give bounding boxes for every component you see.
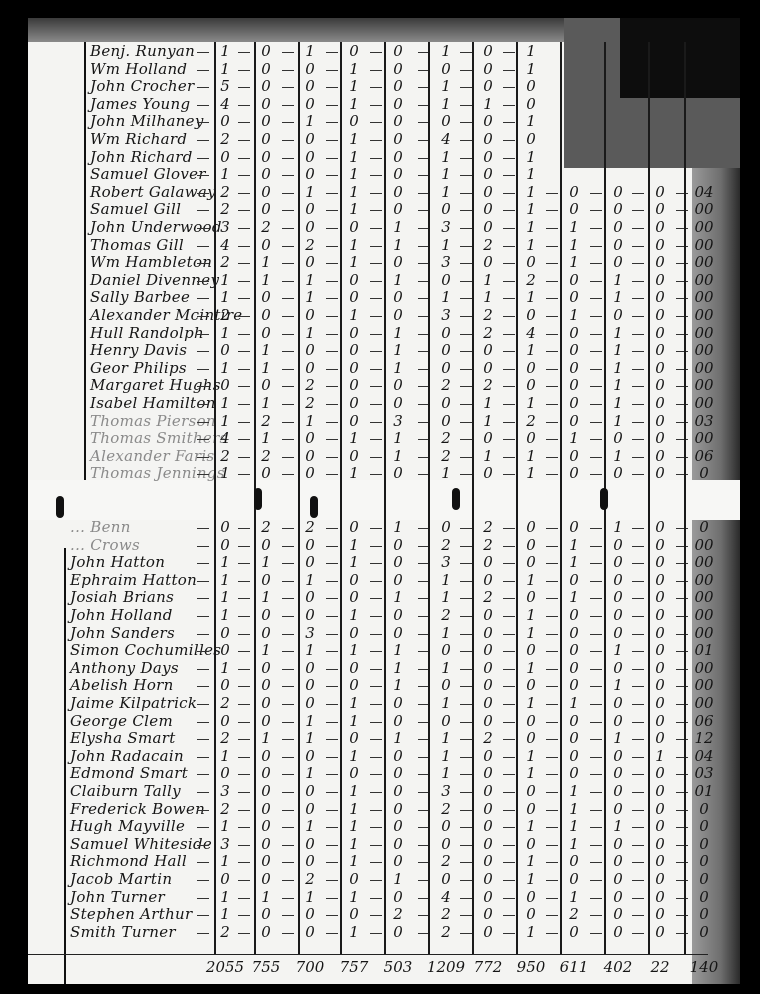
tally-cell: 00 (689, 218, 719, 236)
tally-cell: 1 (516, 817, 546, 835)
dash-mark (197, 827, 209, 828)
column-rule (214, 42, 216, 954)
tally-cell: 2 (516, 412, 546, 430)
tally-cell: 1 (516, 288, 546, 306)
dash-mark (503, 774, 515, 775)
dash-mark (238, 774, 250, 775)
dash-mark (546, 616, 558, 617)
tally-cell: 06 (689, 712, 719, 730)
tally-cell: 1 (339, 852, 369, 870)
dash-mark (590, 933, 602, 934)
dash-mark (590, 281, 602, 282)
dash-mark (238, 263, 250, 264)
dash-mark (460, 669, 472, 670)
tally-cell: 0 (603, 464, 633, 482)
tally-cell: 0 (473, 694, 503, 712)
dash-mark (676, 281, 688, 282)
dash-mark (503, 862, 515, 863)
dash-mark (197, 598, 209, 599)
dash-mark (370, 598, 382, 599)
dash-mark (503, 546, 515, 547)
dash-mark (370, 827, 382, 828)
tally-cell: 1 (516, 148, 546, 166)
tally-cell: 0 (603, 536, 633, 554)
tally-cell: 1 (431, 571, 461, 589)
dash-mark (282, 774, 294, 775)
dash-mark (197, 933, 209, 934)
tally-cell: 3 (431, 782, 461, 800)
tally-cell: 00 (689, 376, 719, 394)
household-name: Robert Galaway (90, 183, 216, 201)
dash-mark (282, 474, 294, 475)
dash-mark (590, 898, 602, 899)
dash-mark (238, 316, 250, 317)
dash-mark (460, 122, 472, 123)
tally-cell: 0 (559, 870, 589, 888)
dash-mark (238, 669, 250, 670)
tally-cell: 1 (603, 324, 633, 342)
tally-cell: 1 (516, 571, 546, 589)
tally-cell: 0 (473, 870, 503, 888)
tally-cell: 0 (559, 659, 589, 677)
tally-cell: 0 (383, 923, 413, 941)
tally-cell: 0 (559, 324, 589, 342)
household-name: Sally Barbee (90, 288, 190, 306)
tally-cell: 0 (473, 165, 503, 183)
tally-cell: 0 (473, 835, 503, 853)
tally-cell: 1 (559, 694, 589, 712)
dash-mark (282, 122, 294, 123)
tally-cell: 1 (516, 394, 546, 412)
tally-cell: 1 (383, 870, 413, 888)
dash-mark (590, 757, 602, 758)
tally-cell: 1 (431, 165, 461, 183)
dash-mark (282, 757, 294, 758)
tally-cell: 12 (689, 729, 719, 747)
dash-mark (503, 563, 515, 564)
dash-mark (370, 52, 382, 53)
tally-cell: 1 (339, 553, 369, 571)
dash-mark (238, 845, 250, 846)
dash-mark (326, 739, 338, 740)
dash-mark (238, 386, 250, 387)
dash-mark (197, 915, 209, 916)
tally-cell: 0 (473, 923, 503, 941)
dash-mark (326, 757, 338, 758)
dash-mark (460, 880, 472, 881)
dash-mark (197, 52, 209, 53)
tally-cell: 1 (516, 624, 546, 642)
dash-mark (370, 140, 382, 141)
dash-mark (503, 933, 515, 934)
dash-mark (326, 281, 338, 282)
dash-mark (546, 334, 558, 335)
tally-cell: 2 (383, 905, 413, 923)
tally-cell: 0 (516, 782, 546, 800)
tally-cell: 1 (383, 359, 413, 377)
dash-mark (370, 563, 382, 564)
tally-cell: 0 (516, 553, 546, 571)
tally-cell: 1 (431, 694, 461, 712)
dash-mark (282, 898, 294, 899)
tally-cell: 0 (383, 835, 413, 853)
dash-mark (282, 158, 294, 159)
dash-mark (326, 686, 338, 687)
tally-cell: 0 (383, 464, 413, 482)
tally-cell: 0 (516, 641, 546, 659)
dash-mark (238, 792, 250, 793)
tally-cell: 00 (689, 429, 719, 447)
dash-mark (282, 140, 294, 141)
dash-mark (282, 351, 294, 352)
tally-cell: 2 (431, 923, 461, 941)
tally-cell: 0 (383, 183, 413, 201)
tally-cell: 1 (431, 464, 461, 482)
dash-mark (546, 880, 558, 881)
tally-cell: 1 (339, 183, 369, 201)
dash-mark (676, 386, 688, 387)
tally-cell: 0 (473, 253, 503, 271)
tally-cell: 2 (473, 306, 503, 324)
tally-cell: 1 (383, 641, 413, 659)
dash-mark (197, 581, 209, 582)
dash-mark (370, 739, 382, 740)
dash-mark (326, 546, 338, 547)
dash-mark (460, 898, 472, 899)
dash-mark (197, 528, 209, 529)
tally-cell: 0 (431, 394, 461, 412)
dash-mark (238, 193, 250, 194)
tally-cell: 0 (339, 324, 369, 342)
tally-cell: 00 (689, 394, 719, 412)
dash-mark (238, 616, 250, 617)
dash-mark (503, 528, 515, 529)
tally-cell: 1 (559, 306, 589, 324)
tally-cell: 1 (339, 464, 369, 482)
dash-mark (197, 228, 209, 229)
dash-mark (590, 457, 602, 458)
dash-mark (197, 457, 209, 458)
dash-mark (590, 193, 602, 194)
dash-mark (326, 404, 338, 405)
dash-mark (503, 474, 515, 475)
tally-cell: 1 (559, 553, 589, 571)
household-name: Richmond Hall (70, 852, 187, 870)
dash-mark (590, 774, 602, 775)
tally-cell: 1 (431, 588, 461, 606)
dash-mark (632, 598, 644, 599)
tally-cell: 1 (603, 817, 633, 835)
tally-cell: 1 (516, 747, 546, 765)
dash-mark (676, 193, 688, 194)
dash-mark (326, 386, 338, 387)
dash-mark (546, 686, 558, 687)
dash-mark (460, 52, 472, 53)
dash-mark (546, 281, 558, 282)
dash-mark (282, 634, 294, 635)
tally-cell: 1 (516, 60, 546, 78)
tally-cell: 0 (473, 712, 503, 730)
household-name: James Young (90, 95, 190, 113)
dash-mark (503, 386, 515, 387)
margin-rule-top (84, 42, 86, 502)
tally-cell: 1 (516, 923, 546, 941)
dash-mark (460, 263, 472, 264)
dash-mark (632, 457, 644, 458)
tally-cell: 1 (516, 447, 546, 465)
dash-mark (326, 616, 338, 617)
dash-mark (238, 404, 250, 405)
dash-mark (326, 598, 338, 599)
tally-cell: 0 (516, 429, 546, 447)
ink-blot (56, 496, 64, 518)
tally-cell: 0 (516, 359, 546, 377)
tally-cell: 00 (689, 553, 719, 571)
totals-rule (28, 954, 708, 955)
household-name: Wm Hambleton (90, 253, 212, 271)
tally-cell: 0 (603, 888, 633, 906)
tally-cell: 0 (431, 676, 461, 694)
tally-cell: 1 (473, 95, 503, 113)
tally-cell: 1 (383, 729, 413, 747)
ink-blot (600, 488, 608, 510)
tally-cell: 0 (559, 852, 589, 870)
tally-cell: 0 (603, 659, 633, 677)
tally-cell: 0 (603, 571, 633, 589)
dash-mark (370, 439, 382, 440)
tally-cell: 0 (473, 624, 503, 642)
household-name: Ephraim Hatton (70, 571, 197, 589)
tally-cell: 00 (689, 324, 719, 342)
household-name: Thomas Pierson (90, 412, 216, 430)
household-name: John Richard (90, 148, 193, 166)
dash-mark (546, 915, 558, 916)
tally-cell: 0 (431, 341, 461, 359)
dash-mark (503, 915, 515, 916)
household-name: Smith Turner (70, 923, 176, 941)
dash-mark (460, 792, 472, 793)
dash-mark (282, 439, 294, 440)
tally-cell: 0 (559, 729, 589, 747)
dash-mark (590, 298, 602, 299)
tally-cell: 0 (603, 183, 633, 201)
dash-mark (197, 563, 209, 564)
dash-mark (370, 158, 382, 159)
tally-cell: 0 (473, 429, 503, 447)
tally-cell: 00 (689, 306, 719, 324)
tally-cell: 1 (339, 694, 369, 712)
dash-mark (197, 439, 209, 440)
dash-mark (503, 651, 515, 652)
column-rule (428, 42, 430, 954)
tally-cell: 0 (383, 60, 413, 78)
dash-mark (632, 774, 644, 775)
tally-cell: 1 (603, 641, 633, 659)
dash-mark (197, 880, 209, 881)
dash-mark (326, 915, 338, 916)
tally-cell: 0 (689, 518, 719, 536)
dash-mark (503, 581, 515, 582)
dash-mark (546, 898, 558, 899)
tally-cell: 04 (689, 183, 719, 201)
tally-cell: 2 (431, 800, 461, 818)
dash-mark (590, 563, 602, 564)
tally-cell: 0 (473, 852, 503, 870)
tally-cell: 1 (516, 870, 546, 888)
dash-mark (590, 546, 602, 547)
tally-cell: 1 (473, 394, 503, 412)
dash-mark (503, 316, 515, 317)
dash-mark (460, 404, 472, 405)
dash-mark (238, 70, 250, 71)
tally-cell: 04 (689, 747, 719, 765)
household-name: Wm Holland (90, 60, 187, 78)
tally-cell: 0 (603, 253, 633, 271)
dash-mark (197, 722, 209, 723)
dash-mark (238, 598, 250, 599)
dash-mark (238, 281, 250, 282)
tally-cell: 0 (383, 712, 413, 730)
dash-mark (326, 704, 338, 705)
dash-mark (546, 210, 558, 211)
dash-mark (590, 616, 602, 617)
dash-mark (546, 228, 558, 229)
dash-mark (238, 528, 250, 529)
tally-cell: 0 (516, 729, 546, 747)
dash-mark (197, 334, 209, 335)
dash-mark (370, 369, 382, 370)
dash-mark (632, 474, 644, 475)
dash-mark (326, 316, 338, 317)
tally-cell: 2 (431, 447, 461, 465)
dash-mark (503, 122, 515, 123)
dash-mark (590, 862, 602, 863)
dash-mark (370, 263, 382, 264)
ink-blot (254, 488, 262, 510)
dash-mark (197, 651, 209, 652)
tally-cell: 1 (516, 464, 546, 482)
dash-mark (238, 140, 250, 141)
tally-cell: 0 (689, 870, 719, 888)
dash-mark (326, 563, 338, 564)
tally-cell: 1 (339, 835, 369, 853)
dash-mark (590, 528, 602, 529)
tally-cell: 0 (383, 694, 413, 712)
tally-cell: 0 (559, 200, 589, 218)
dash-mark (632, 722, 644, 723)
dash-mark (676, 457, 688, 458)
dash-mark (370, 316, 382, 317)
tally-cell: 3 (431, 218, 461, 236)
household-name: Jaime Kilpatrick (70, 694, 197, 712)
tally-cell: 1 (516, 852, 546, 870)
tally-cell: 1 (339, 77, 369, 95)
dash-mark (282, 281, 294, 282)
dash-mark (632, 810, 644, 811)
dash-mark (238, 880, 250, 881)
dash-mark (632, 915, 644, 916)
dash-mark (326, 228, 338, 229)
tally-cell: 0 (603, 694, 633, 712)
dash-mark (590, 827, 602, 828)
tally-cell: 0 (603, 200, 633, 218)
dash-mark (676, 351, 688, 352)
column-rule (648, 42, 650, 954)
tally-cell: 0 (559, 288, 589, 306)
tally-cell: 0 (559, 676, 589, 694)
dash-mark (503, 193, 515, 194)
dash-mark (282, 528, 294, 529)
dash-mark (546, 386, 558, 387)
dash-mark (370, 210, 382, 211)
dash-mark (370, 386, 382, 387)
tally-cell: 0 (559, 641, 589, 659)
tally-cell: 0 (473, 641, 503, 659)
dash-mark (546, 439, 558, 440)
tally-cell: 2 (431, 536, 461, 554)
tally-cell: 00 (689, 676, 719, 694)
dash-mark (676, 880, 688, 881)
dash-mark (370, 351, 382, 352)
dash-mark (503, 704, 515, 705)
tally-cell: 1 (473, 288, 503, 306)
dash-mark (632, 404, 644, 405)
tally-cell: 0 (516, 77, 546, 95)
dash-mark (632, 546, 644, 547)
household-name: Thomas Jennings (90, 464, 225, 482)
dash-mark (238, 439, 250, 440)
dash-mark (326, 439, 338, 440)
dash-mark (590, 351, 602, 352)
dash-mark (370, 334, 382, 335)
tally-cell: 0 (559, 447, 589, 465)
dash-mark (238, 563, 250, 564)
dash-mark (503, 669, 515, 670)
household-name: Thomas Gill (90, 236, 184, 254)
dash-mark (503, 634, 515, 635)
tally-cell: 1 (516, 183, 546, 201)
tally-cell: 3 (431, 553, 461, 571)
dash-mark (632, 528, 644, 529)
tally-cell: 3 (431, 306, 461, 324)
tally-cell: 0 (603, 923, 633, 941)
tally-cell: 0 (559, 394, 589, 412)
tally-cell: 1 (431, 148, 461, 166)
dash-mark (503, 263, 515, 264)
dash-mark (460, 228, 472, 229)
dash-mark (460, 422, 472, 423)
dash-mark (546, 651, 558, 652)
dash-mark (546, 933, 558, 934)
household-name: Josiah Brians (70, 588, 174, 606)
dash-mark (460, 528, 472, 529)
tally-cell: 0 (431, 518, 461, 536)
dash-mark (676, 704, 688, 705)
tally-cell: 0 (559, 464, 589, 482)
dash-mark (460, 598, 472, 599)
tally-cell: 1 (516, 606, 546, 624)
tally-cell: 0 (431, 412, 461, 430)
dash-mark (326, 422, 338, 423)
dash-mark (238, 351, 250, 352)
tally-cell: 0 (473, 359, 503, 377)
tally-cell: 0 (473, 183, 503, 201)
dash-mark (503, 52, 515, 53)
tally-cell: 4 (516, 324, 546, 342)
tally-cell: 0 (473, 42, 503, 60)
dash-mark (632, 827, 644, 828)
tally-cell: 0 (383, 817, 413, 835)
